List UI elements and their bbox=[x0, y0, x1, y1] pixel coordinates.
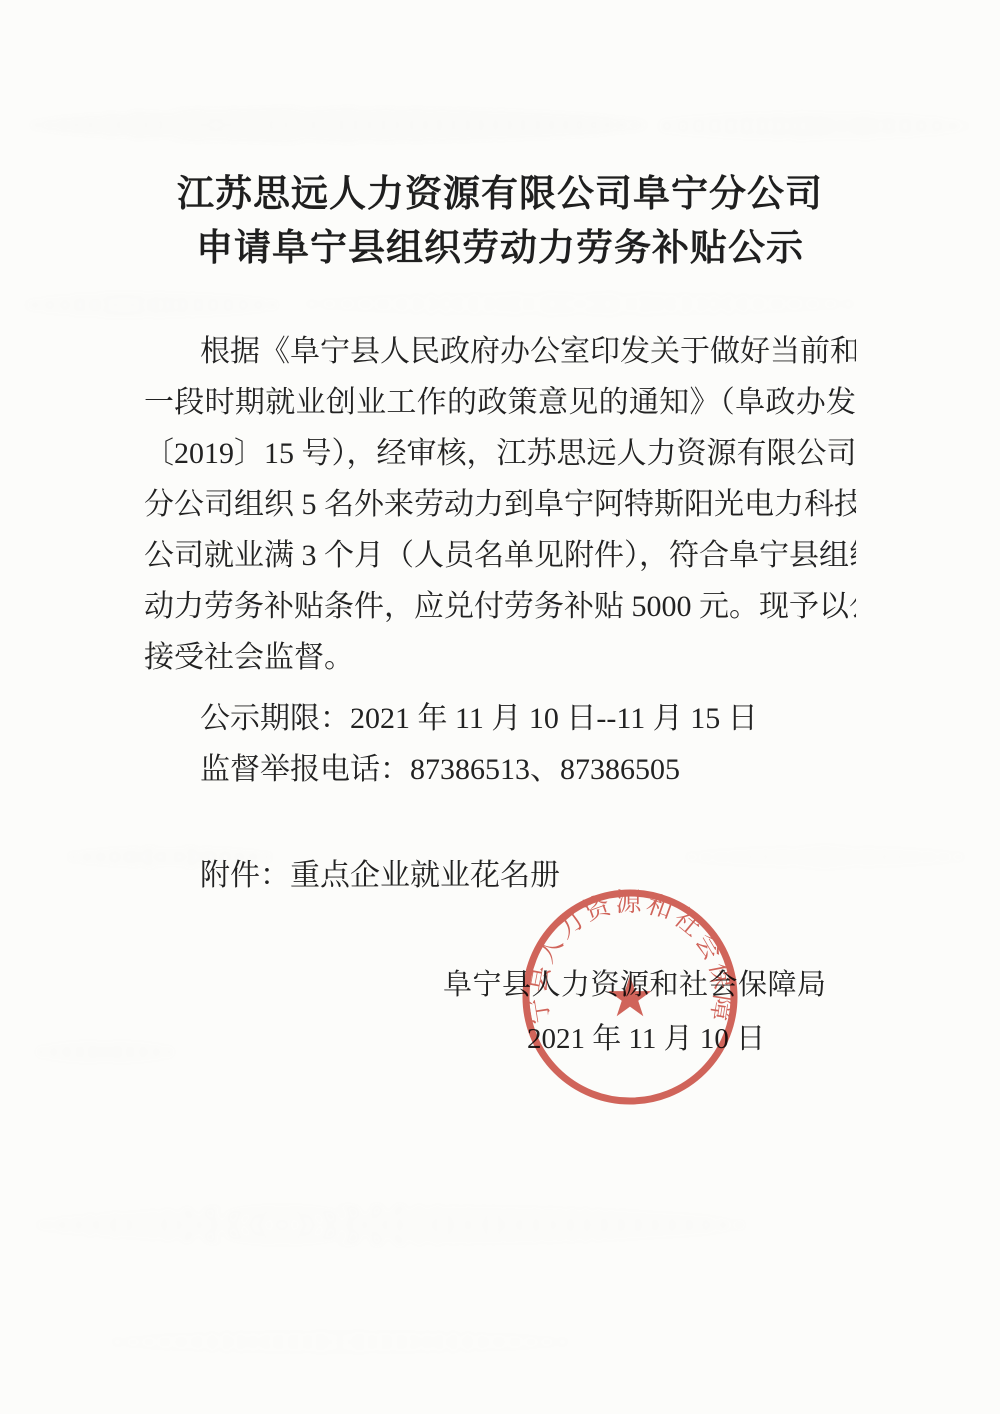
document-page: 江苏思远人力资源有限公司阜宁分公司 申请阜宁县组织劳动力劳务补贴公示 根据《阜宁… bbox=[0, 0, 1000, 1414]
paragraph-line: 接受社会监督。 bbox=[144, 632, 856, 683]
paragraph-line: 〔2019〕15 号），经审核，江苏思远人力资源有限公司阜宁 bbox=[144, 428, 856, 479]
seal-arc-text: 阜宁县人力资源和社会保障局 bbox=[518, 885, 738, 1026]
attachment-note: 附件：重点企业就业花名册 bbox=[144, 850, 856, 901]
scan-noise bbox=[30, 1205, 750, 1245]
report-hotline: 监督举报电话：87386513、87386505 bbox=[144, 744, 856, 795]
paragraph-line: 动力劳务补贴条件，应兑付劳务补贴 5000 元。现予以公示， bbox=[144, 581, 856, 632]
issue-date: 2021 年 11 月 10 日 bbox=[527, 1016, 765, 1057]
issuer-name: 阜宁县人力资源和社会保障局 bbox=[443, 962, 827, 1003]
paragraph-line: 分公司组织 5 名外来劳动力到阜宁阿特斯阳光电力科技有限 bbox=[144, 479, 856, 530]
publicity-period: 公示期限：2021 年 11 月 10 日--11 月 15 日 bbox=[144, 693, 856, 744]
document-title: 江苏思远人力资源有限公司阜宁分公司 申请阜宁县组织劳动力劳务补贴公示 bbox=[0, 168, 1000, 276]
scan-noise bbox=[300, 292, 860, 316]
scan-noise bbox=[650, 112, 970, 140]
document-title-line2: 申请阜宁县组织劳动力劳务补贴公示 bbox=[0, 222, 1000, 276]
scan-noise bbox=[30, 1040, 180, 1064]
scan-noise bbox=[20, 292, 280, 318]
paragraph-line: 一段时期就业创业工作的政策意见的通知》（阜政办发 bbox=[144, 377, 856, 428]
scan-noise bbox=[100, 1330, 580, 1354]
paragraph-line: 根据《阜宁县人民政府办公室印发关于做好当前和今后 bbox=[144, 326, 856, 377]
paragraph-line: 公司就业满 3 个月（人员名单见附件），符合阜宁县组织劳 bbox=[144, 530, 856, 581]
scan-noise bbox=[30, 108, 650, 142]
document-title-line1: 江苏思远人力资源有限公司阜宁分公司 bbox=[0, 168, 1000, 222]
document-body: 根据《阜宁县人民政府办公室印发关于做好当前和今后 一段时期就业创业工作的政策意见… bbox=[144, 326, 856, 901]
